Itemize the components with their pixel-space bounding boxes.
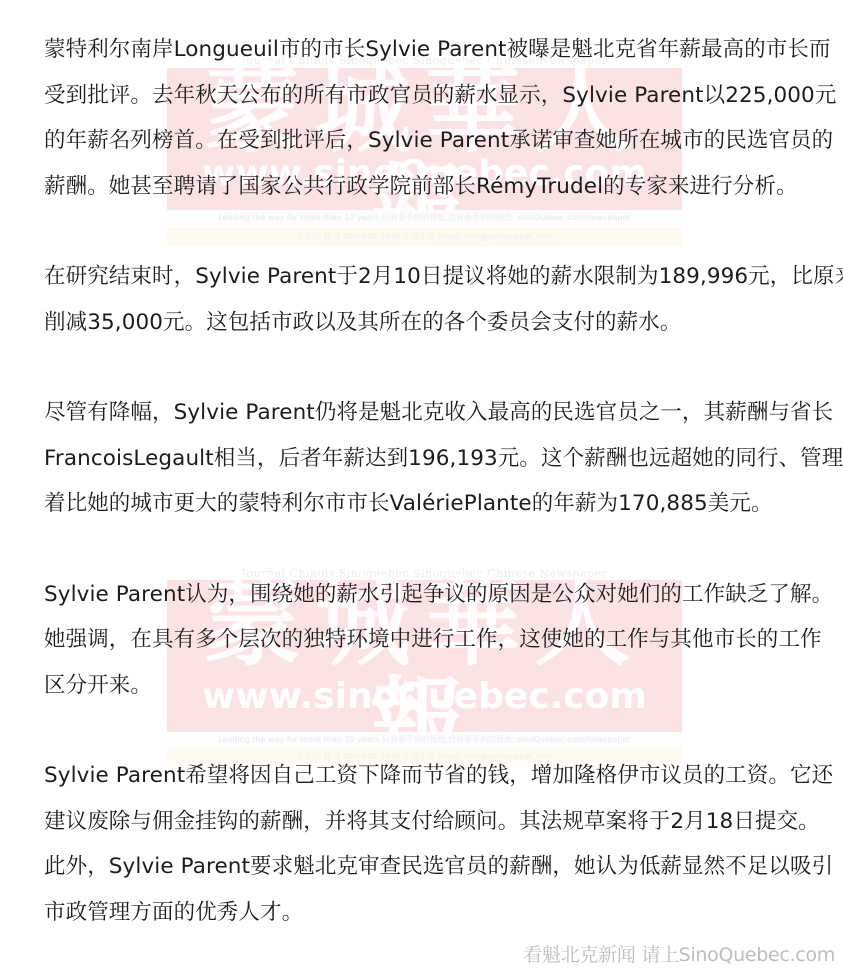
article-body: 蒙特利尔南岸Longueuil市的市长Sylvie Parent被曝是魁北克省年… <box>44 27 814 973</box>
text-line: FrancoisLegault相当，后者年薪达到196,193元。这个薪酬也远超… <box>44 436 814 482</box>
text-line: Sylvie Parent希望将因自己工资下降而节省的钱，增加隆格伊市议员的工资… <box>44 753 814 799</box>
paragraph-2: 在研究结束时，Sylvie Parent于2月10日提议将她的薪水限制为189,… <box>44 254 814 345</box>
text-line: 薪酬。她甚至聘请了国家公共行政学院前部长RémyTrudel的专家来进行分析。 <box>44 164 814 210</box>
text-line: 建议废除与佣金挂钩的薪酬，并将其支付给顾问。其法规草案将于2月18日提交。 <box>44 799 814 845</box>
text-line: 削减35,000元。这包括市政以及其所在的各个委员会支付的薪水。 <box>44 300 814 346</box>
text-line: Sylvie Parent认为，围绕她的薪水引起争议的原因是公众对她们的工作缺乏… <box>44 572 814 618</box>
paragraph-1: 蒙特利尔南岸Longueuil市的市长Sylvie Parent被曝是魁北克省年… <box>44 27 814 209</box>
text-line: 在研究结束时，Sylvie Parent于2月10日提议将她的薪水限制为189,… <box>44 254 814 300</box>
paragraph-4: Sylvie Parent认为，围绕她的薪水引起争议的原因是公众对她们的工作缺乏… <box>44 572 814 709</box>
text-line: 蒙特利尔南岸Longueuil市的市长Sylvie Parent被曝是魁北克省年… <box>44 27 814 73</box>
text-line: 区分开来。 <box>44 663 814 709</box>
text-line: 的年薪名列榜首。在受到批评后，Sylvie Parent承诺审查她所在城市的民选… <box>44 118 814 164</box>
paragraph-3: 尽管有降幅，Sylvie Parent仍将是魁北克收入最高的民选官员之一，其薪酬… <box>44 390 814 527</box>
text-line: 市政管理方面的优秀人才。 <box>44 890 814 936</box>
text-line: 尽管有降幅，Sylvie Parent仍将是魁北克收入最高的民选官员之一，其薪酬… <box>44 390 814 436</box>
text-line: 着比她的城市更大的蒙特利尔市市长ValériePlante的年薪为170,885… <box>44 481 814 527</box>
text-line: 受到批评。去年秋天公布的所有市政官员的薪水显示，Sylvie Parent以22… <box>44 73 814 119</box>
paragraph-5: Sylvie Parent希望将因自己工资下降而节省的钱，增加隆格伊市议员的工资… <box>44 753 814 935</box>
text-line: 她强调，在具有多个层次的独特环境中进行工作，这使她的工作与其他市长的工作 <box>44 617 814 663</box>
text-line: 此外，Sylvie Parent要求魁北克审查民选官员的薪酬，她认为低薪显然不足… <box>44 844 814 890</box>
footer-caption: 看魁北克新闻 请上SinoQuebec.com <box>523 940 835 970</box>
